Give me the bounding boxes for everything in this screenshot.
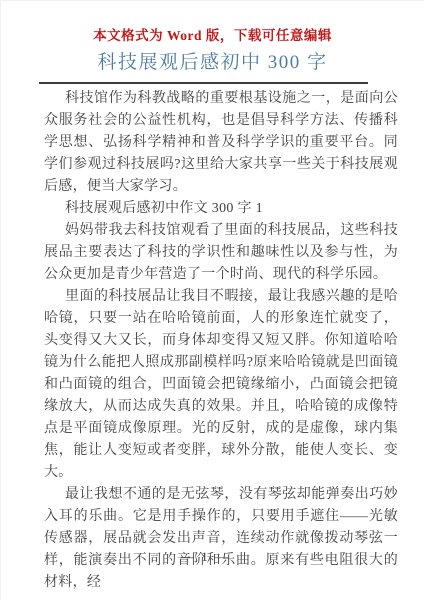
paragraph-essay-1: 妈妈带我去科技馆观看了里面的科技展品，这些科技展品主要表达了科技的学识性和趣味性… <box>44 220 398 286</box>
word-format-notice: 本文格式为 Word 版，下载可任意编辑 <box>1 1 424 45</box>
paragraph-intro: 科技馆作为科教战略的重要根基设施之一，是面向公众服务社会的公益性机构，也是倡导科… <box>44 88 398 198</box>
paragraph-subheading: 科技展观后感初中作文 300 字 1 <box>44 198 398 220</box>
title-divider <box>39 82 368 84</box>
document-title: 科技展观后感初中 300 字 <box>1 51 424 75</box>
document-body: 科技馆作为科教战略的重要根基设施之一，是面向公众服务社会的公益性机构，也是倡导科… <box>44 88 398 594</box>
paragraph-essay-3: 最让我想不通的是无弦琴，没有琴弦却能弹奏出巧妙入耳的乐曲。它是用手操作的，只要用… <box>44 484 398 594</box>
page-number: — 1 — <box>1 549 410 565</box>
paragraph-essay-2: 里面的科技展品让我目不暇接，最让我感兴趣的是哈哈镜，只要一站在哈哈镜前面，人的形… <box>44 286 398 484</box>
document-page: 本文格式为 Word 版，下载可任意编辑 科技展观后感初中 300 字 科技馆作… <box>0 0 424 600</box>
